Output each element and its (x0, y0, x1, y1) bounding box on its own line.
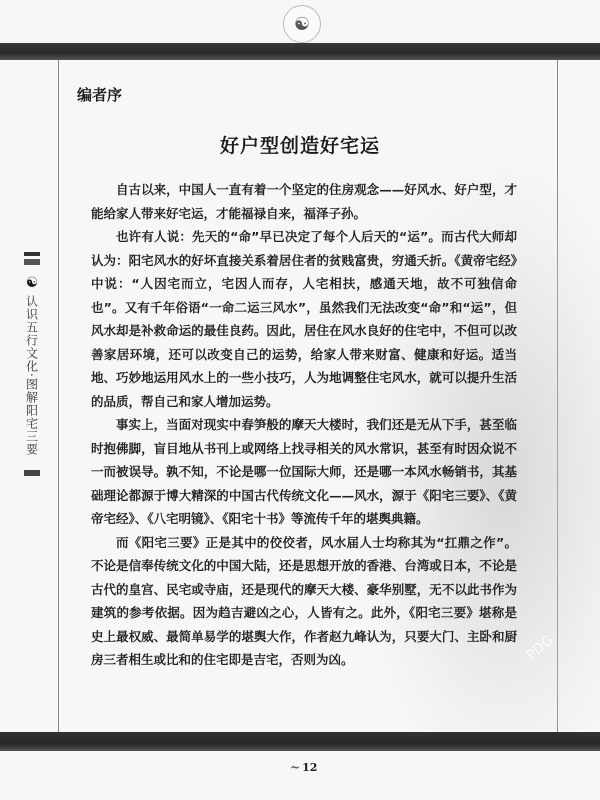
paragraph: 也许有人说：先天的“命”早已决定了每个人后天的“运”。而古代大师却认为：阳宅风水… (91, 225, 517, 413)
body-text: 自古以来，中国人一直有着一个坚定的住房观念——好风水、好户型，才能给家人带来好宅… (91, 178, 517, 672)
pdg-watermark-text: PDG (523, 632, 556, 664)
page-number-value: 12 (302, 761, 317, 774)
footer-bar (0, 732, 600, 751)
paragraph: 事实上，当面对现实中春笋般的摩天大楼时，我们还是无从下手，甚至临时抱佛脚，盲目地… (91, 413, 517, 531)
paragraph: 而《阳宅三要》正是其中的佼佼者，风水届人士均称其为“扛鼎之作”。不论是信奉传统文… (91, 531, 517, 672)
page-number: ~12 (290, 760, 317, 774)
section-label: 编者序 (77, 84, 122, 105)
side-running-title: 认识五行文化·图解阳宅三要 (24, 295, 41, 456)
curl-ornament-icon: ~ (290, 760, 300, 774)
side-bar-decoration (24, 470, 40, 476)
bagua-emblem-icon: ☯ (283, 5, 321, 43)
side-bar-decoration (24, 259, 40, 265)
header-bar (0, 43, 600, 60)
paragraph: 自古以来，中国人一直有着一个坚定的住房观念——好风水、好户型，才能给家人带来好宅… (91, 178, 517, 225)
side-bar-decoration (24, 252, 40, 256)
frame-border-right (557, 60, 558, 732)
side-tab: ☯ 认识五行文化·图解阳宅三要 (22, 252, 42, 476)
page-title: 好户型创造好宅运 (0, 131, 600, 158)
yin-yang-icon: ☯ (26, 275, 39, 291)
frame-border-left (58, 60, 59, 732)
